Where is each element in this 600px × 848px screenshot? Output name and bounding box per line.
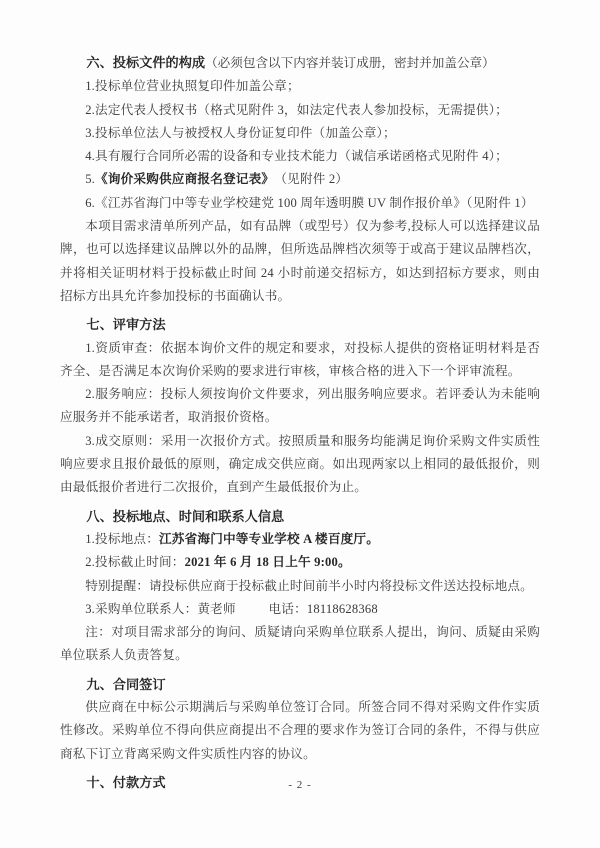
sec6-item-5: 5.《询价采购供应商报名登记表》 （见附件 2） <box>60 168 540 191</box>
sec6-item-5-attachment: （见附件 2） <box>268 172 348 186</box>
contact-phone: 电话：18118628368 <box>269 602 378 616</box>
sec6-item-4: 4.具有履行合同所必需的设备和专业技术能力（诚信承诺函格式见附件 4）； <box>60 145 540 168</box>
section-8-heading: 八、投标地点、时间和联系人信息 <box>60 505 540 528</box>
sec6-item-2: 2.法定代表人授权书（格式见附件 3，如法定代表人参加投标，无需提供）； <box>60 99 540 122</box>
sec6-item-1: 1.投标单位营业执照复印件加盖公章； <box>60 75 540 98</box>
sec8-contact-line: 3.采购单位联系人：黄老师电话：18118628368 <box>60 598 540 621</box>
sec6-item-6: 6.《江苏省海门中等专业学校建党 100 周年透明膜 UV 制作报价单》（见附件… <box>60 192 540 215</box>
section-6-heading-note: （必须包含以下内容并装订成册，密封并加盖公章） <box>205 56 495 70</box>
sec8-deadline-line: 2.投标截止时间：2021 年 6 月 18 日上午 9:00。 <box>60 551 540 574</box>
sec8-note-paragraph: 注：对项目需求部分的询问、质疑请向采购单位联系人提出，询问、质疑由采购单位联系人… <box>60 621 540 668</box>
document-page: 六、投标文件的构成（必须包含以下内容并装订成册，密封并加盖公章） 1.投标单位营… <box>0 0 600 848</box>
sec8-location-line: 1.投标地点：江苏省海门中等专业学校 A 楼百度厅。 <box>60 528 540 551</box>
contact-person: 3.采购单位联系人：黄老师 <box>85 602 236 616</box>
section-6-heading: 六、投标文件的构成（必须包含以下内容并装订成册，密封并加盖公章） <box>60 51 540 75</box>
sec6-paragraph: 本项目需求清单所列产品，如有品牌（或型号）仅为参考,投标人可以选择建议品牌，也可… <box>60 215 540 308</box>
section-6-heading-bold: 六、投标文件的构成 <box>86 55 205 70</box>
deadline-label: 2.投标截止时间： <box>85 555 184 569</box>
sec6-item-5-number: 5. <box>85 172 95 186</box>
location-value: 江苏省海门中等专业学校 A 楼百度厅。 <box>159 532 379 546</box>
page-number: - 2 - <box>0 779 600 791</box>
sec6-item-5-title: 《询价采购供应商报名登记表》 <box>95 172 268 186</box>
sec7-paragraph-3: 3.成交原则：采用一次报价方式。按照质量和服务均能满足询价采购文件实质性响应要求… <box>60 430 540 500</box>
sec8-reminder-line: 特别提醒：请投标供应商于投标截止时间前半小时内将投标文件送达投标地点。 <box>60 575 540 598</box>
location-label: 1.投标地点： <box>85 532 159 546</box>
sec7-paragraph-1: 1.资质审查：依据本询价文件的规定和要求，对投标人提供的资格证明材料是否齐全、是… <box>60 337 540 384</box>
sec6-item-3: 3.投标单位法人与被授权人身份证复印件（加盖公章）； <box>60 122 540 145</box>
section-7-heading: 七、评审方法 <box>60 313 540 336</box>
sec9-paragraph: 供应商在中标公示期满后与采购单位签订合同。所签合同不得对采购文件作实质性修改。采… <box>60 696 540 766</box>
sec7-paragraph-2: 2.服务响应：投标人须按询价文件要求，列出服务响应要求。若评委认为未能响应服务并… <box>60 383 540 430</box>
section-9-heading: 九、合同签订 <box>60 673 540 696</box>
deadline-value: 2021 年 6 月 18 日上午 9:00。 <box>185 555 351 569</box>
